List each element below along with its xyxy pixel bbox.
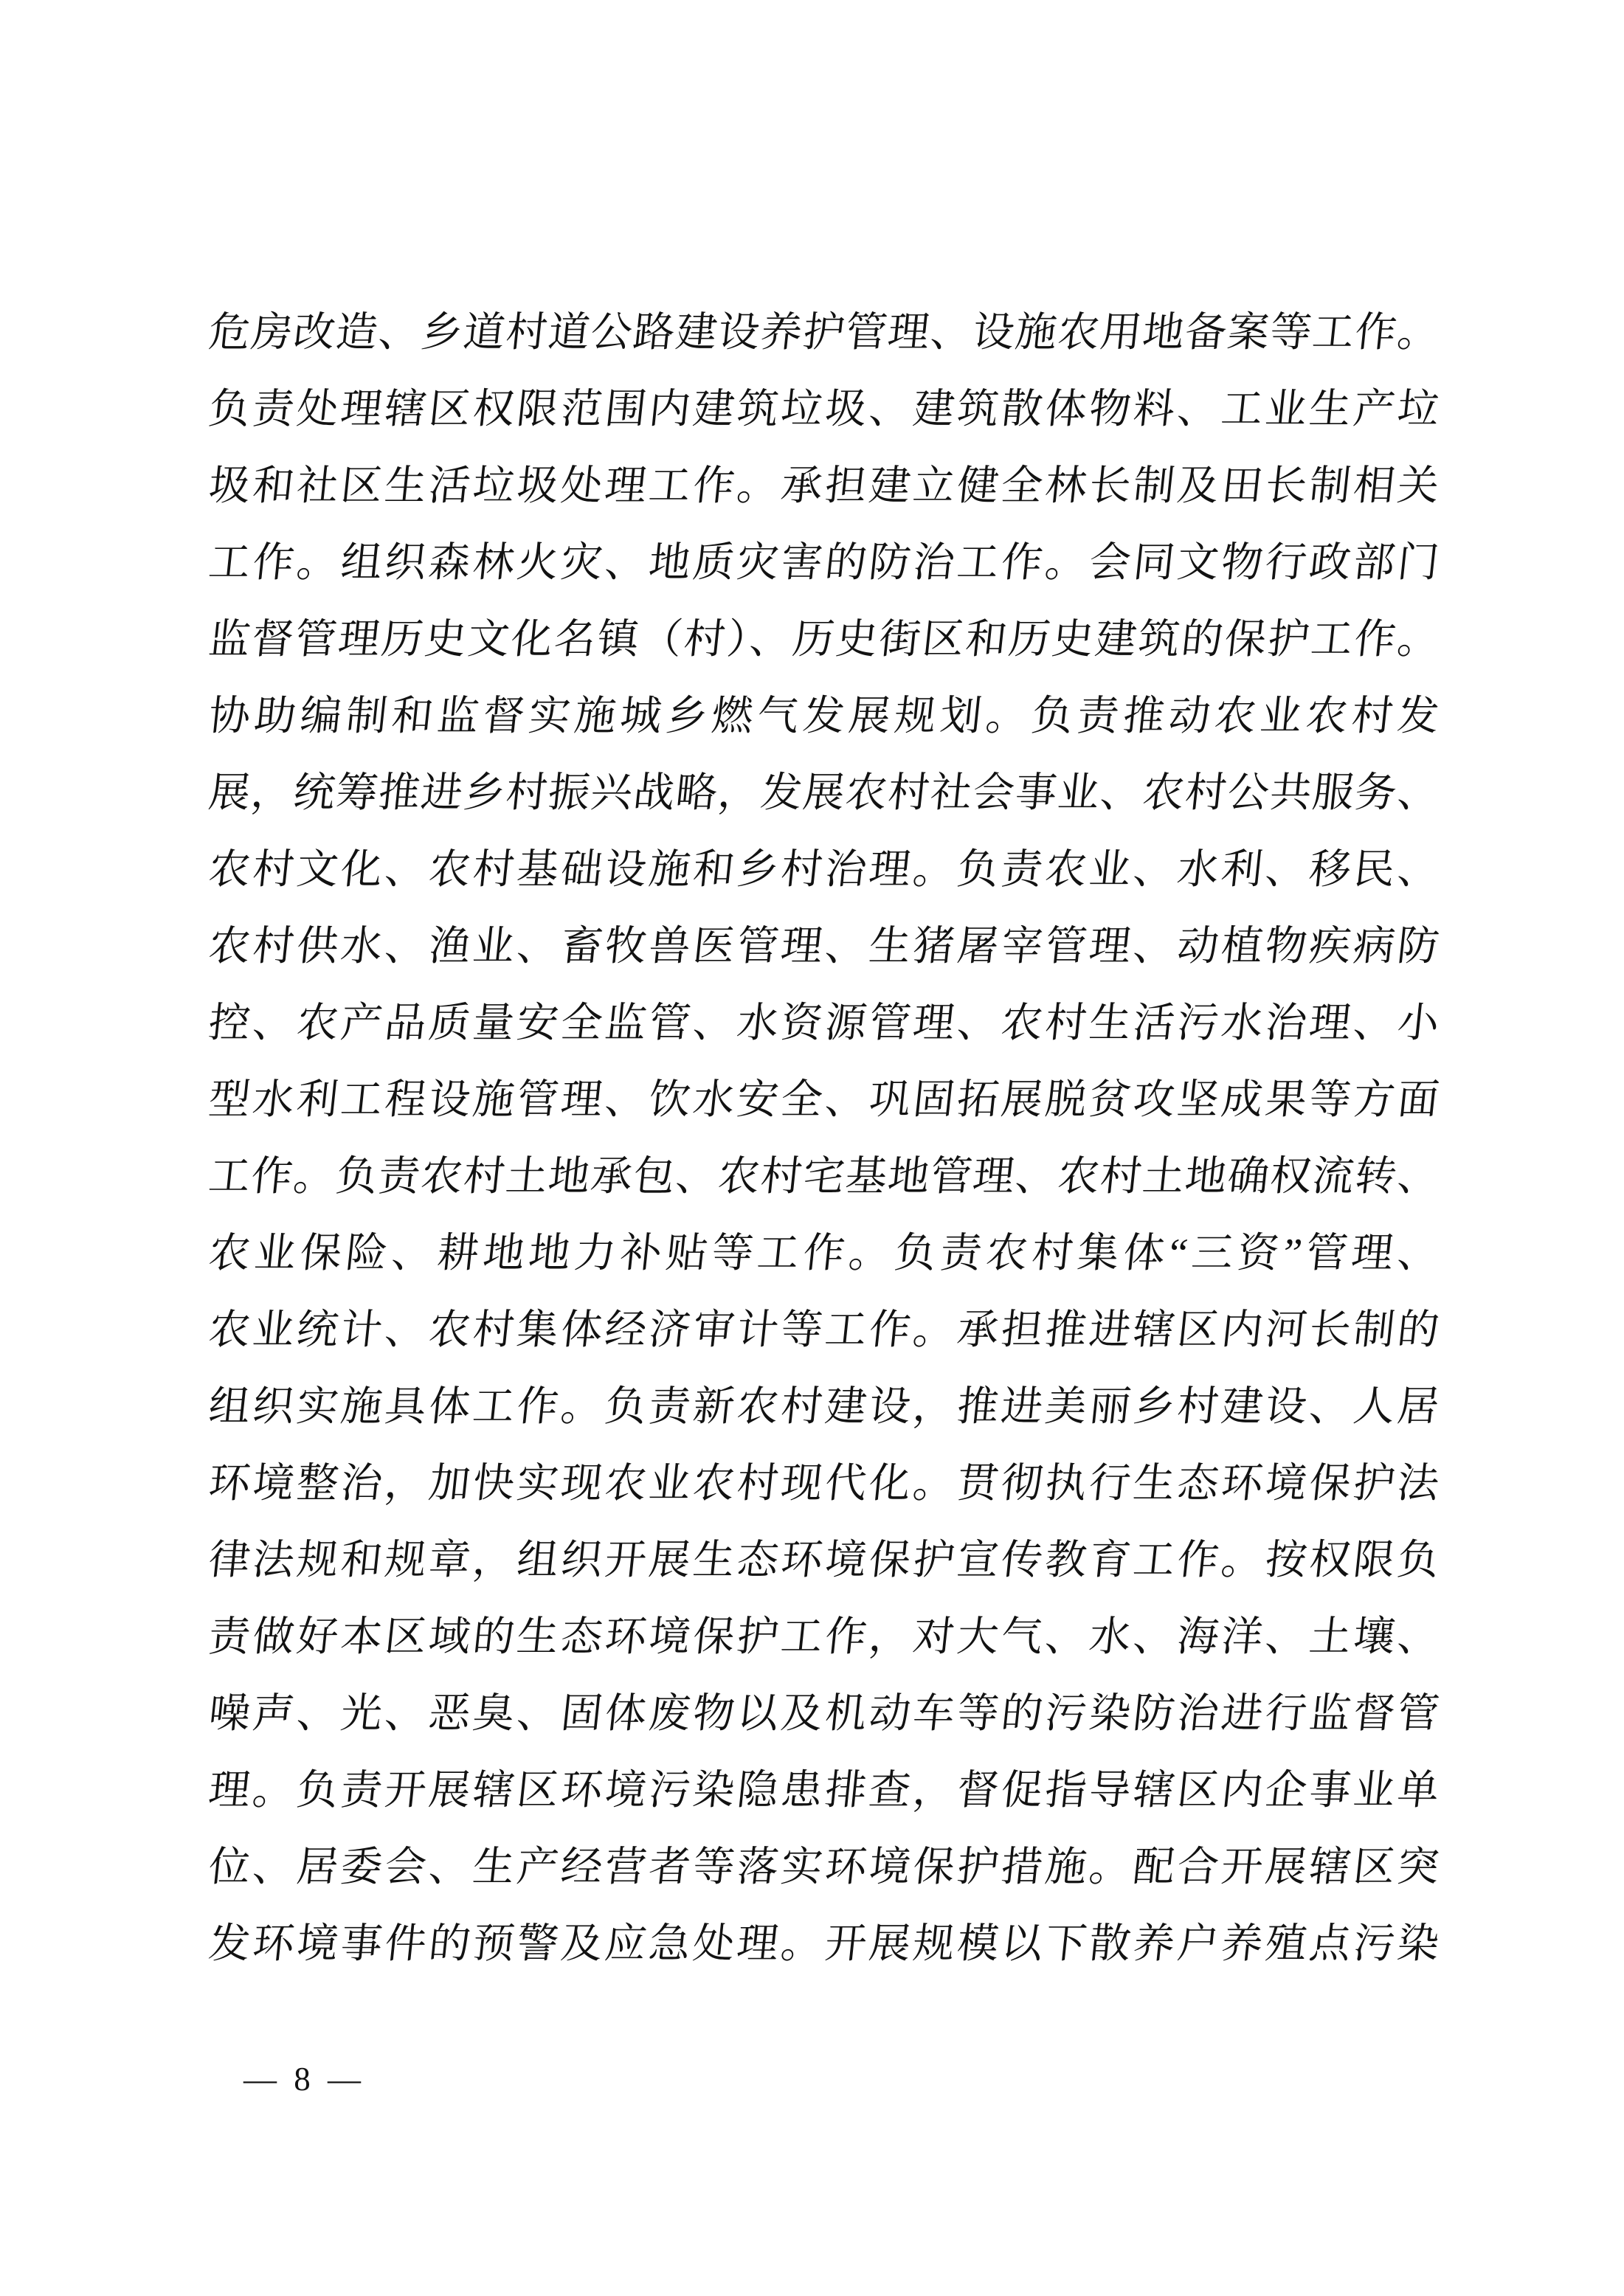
text-line: 协助编制和监督实施城乡燃气发展规划。负责推动农业农村发: [205, 678, 1443, 755]
text-line: 型水利工程设施管理、饮水安全、巩固拓展脱贫攻坚成果等方面: [205, 1062, 1443, 1138]
text-line: 组织实施具体工作。负责新农村建设，推进美丽乡村建设、人居: [205, 1369, 1443, 1445]
text-line: 理。负责开展辖区环境污染隐患排查，督促指导辖区内企事业单: [205, 1752, 1443, 1829]
text-line: 负责处理辖区权限范围内建筑垃圾、建筑散体物料、工业生产垃: [205, 371, 1443, 448]
text-line: 工作。组织森林火灾、地质灾害的防治工作。会同文物行政部门: [205, 525, 1443, 601]
text-line: 发环境事件的预警及应急处理。开展规模以下散养户养殖点污染: [205, 1906, 1443, 1982]
text-line: 监督管理历史文化名镇（村）、历史街区和历史建筑的保护工作。: [205, 601, 1443, 678]
text-line: 危房改造、乡道村道公路建设养护管理、设施农用地备案等工作。: [205, 294, 1443, 371]
text-line: 工作。负责农村土地承包、农村宅基地管理、农村土地确权流转、: [205, 1138, 1443, 1215]
text-line: 展，统筹推进乡村振兴战略，发展农村社会事业、农村公共服务、: [205, 755, 1443, 831]
text-line: 农村供水、渔业、畜牧兽医管理、生猪屠宰管理、动植物疾病防: [205, 908, 1443, 985]
text-line: 控、农产品质量安全监管、水资源管理、农村生活污水治理、小: [205, 985, 1443, 1062]
body-text: 危房改造、乡道村道公路建设养护管理、设施农用地备案等工作。负责处理辖区权限范围内…: [209, 294, 1439, 1982]
text-line: 环境整治，加快实现农业农村现代化。贯彻执行生态环境保护法: [205, 1445, 1443, 1522]
text-line: 律法规和规章，组织开展生态环境保护宣传教育工作。按权限负: [205, 1522, 1443, 1599]
text-line: 责做好本区域的生态环境保护工作，对大气、水、海洋、土壤、: [205, 1599, 1443, 1676]
text-line: 农业统计、农村集体经济审计等工作。承担推进辖区内河长制的: [205, 1292, 1443, 1369]
page-number: — 8 —: [243, 2057, 365, 2101]
text-line: 农业保险、耕地地力补贴等工作。负责农村集体“三资”管理、: [205, 1215, 1443, 1292]
text-line: 噪声、光、恶臭、固体废物以及机动车等的污染防治进行监督管: [205, 1676, 1443, 1752]
document-page: 危房改造、乡道村道公路建设养护管理、设施农用地备案等工作。负责处理辖区权限范围内…: [0, 0, 1624, 2296]
text-line: 位、居委会、生产经营者等落实环境保护措施。配合开展辖区突: [205, 1829, 1443, 1906]
text-line: 圾和社区生活垃圾处理工作。承担建立健全林长制及田长制相关: [205, 448, 1443, 525]
text-line: 农村文化、农村基础设施和乡村治理。负责农业、水利、移民、: [205, 831, 1443, 908]
